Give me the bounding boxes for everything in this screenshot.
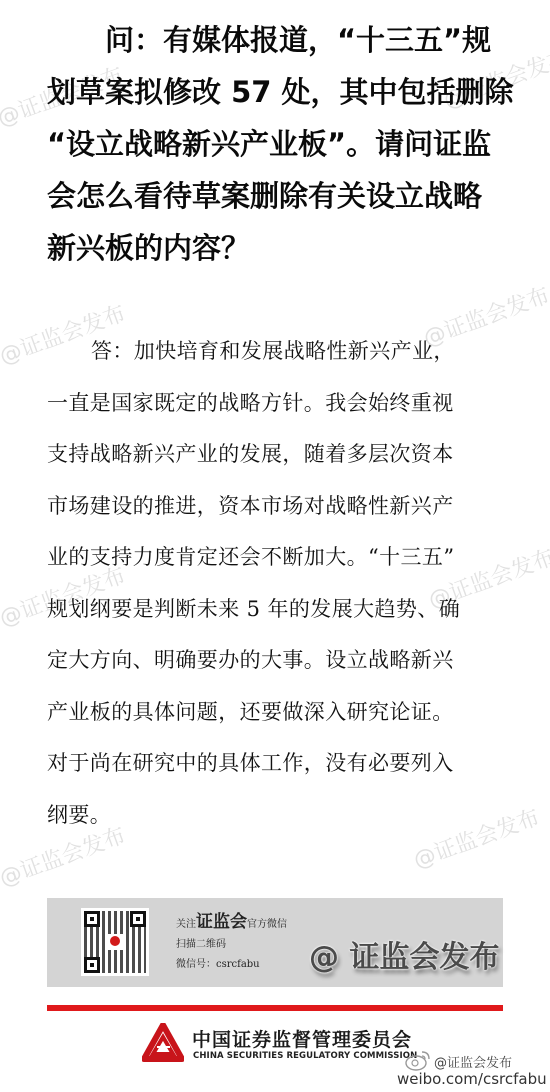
answer-line: 规划纲要是判断未来 5 年的发展大趋势、确 [47, 584, 507, 636]
answer-paragraph: 答：加快培育和发展战略性新兴产业， 一直是国家既定的战略方针。我会始终重视 支持… [47, 326, 507, 841]
weibo-icon [404, 1048, 432, 1072]
follow-line: 关注证监会官方微信 [176, 912, 287, 935]
wechat-id: 微信号：csrcfabu [176, 955, 287, 975]
answer-line: 一直是国家既定的战略方针。我会始终重视 [47, 378, 507, 430]
question-paragraph: 问：有媒体报道，“十三五”规 划草案拟修改 57 处，其中包括删除 “设立战略新… [47, 14, 507, 274]
answer-line: 定大方向、明确要办的大事。设立战略新兴 [47, 635, 507, 687]
wechat-promo-banner: 关注证监会官方微信 扫描二维码 微信号：csrcfabu @ 证监会发布 [47, 898, 503, 987]
weibo-handle-badge: @ 证监会发布 [309, 932, 499, 976]
weibo-url[interactable]: weibo.com/csrcfabu [397, 1070, 547, 1088]
follow-prefix: 关注 [176, 919, 196, 930]
wechat-info: 关注证监会官方微信 扫描二维码 微信号：csrcfabu [176, 912, 287, 975]
answer-line: 业的支持力度肯定还会不断加大。“十三五” [47, 532, 507, 584]
scan-line: 扫描二维码 [176, 935, 287, 955]
csrc-emblem-icon [107, 934, 123, 950]
qr-code-icon[interactable] [81, 908, 149, 976]
answer-line: 答：加快培育和发展战略性新兴产业， [47, 326, 507, 378]
question-line: 划草案拟修改 57 处，其中包括删除 [47, 66, 507, 118]
question-line: “设立战略新兴产业板”。请问证监 [47, 118, 507, 170]
answer-line: 市场建设的推进，资本市场对战略性新兴产 [47, 481, 507, 533]
answer-line: 对于尚在研究中的具体工作，没有必要列入 [47, 738, 507, 790]
org-name-en: CHINA SECURITIES REGULATORY COMMISSION [193, 1051, 417, 1061]
weibo-handle: @证监会发布 [434, 1052, 512, 1071]
answer-line: 支持战略新兴产业的发展，随着多层次资本 [47, 429, 507, 481]
csrc-logo-icon [142, 1023, 184, 1065]
follow-suffix: 官方微信 [247, 919, 287, 930]
question-line: 会怎么看待草案删除有关设立战略 [47, 170, 507, 222]
follow-name: 证监会 [196, 912, 247, 932]
divider-line [47, 1005, 503, 1011]
question-line: 新兴板的内容？ [47, 222, 507, 274]
question-line: 问：有媒体报道，“十三五”规 [47, 14, 507, 66]
org-name-cn: 中国证券监督管理委员会 [192, 1025, 412, 1052]
answer-line: 纲要。 [47, 790, 507, 842]
answer-line: 产业板的具体问题，还要做深入研究论证。 [47, 687, 507, 739]
